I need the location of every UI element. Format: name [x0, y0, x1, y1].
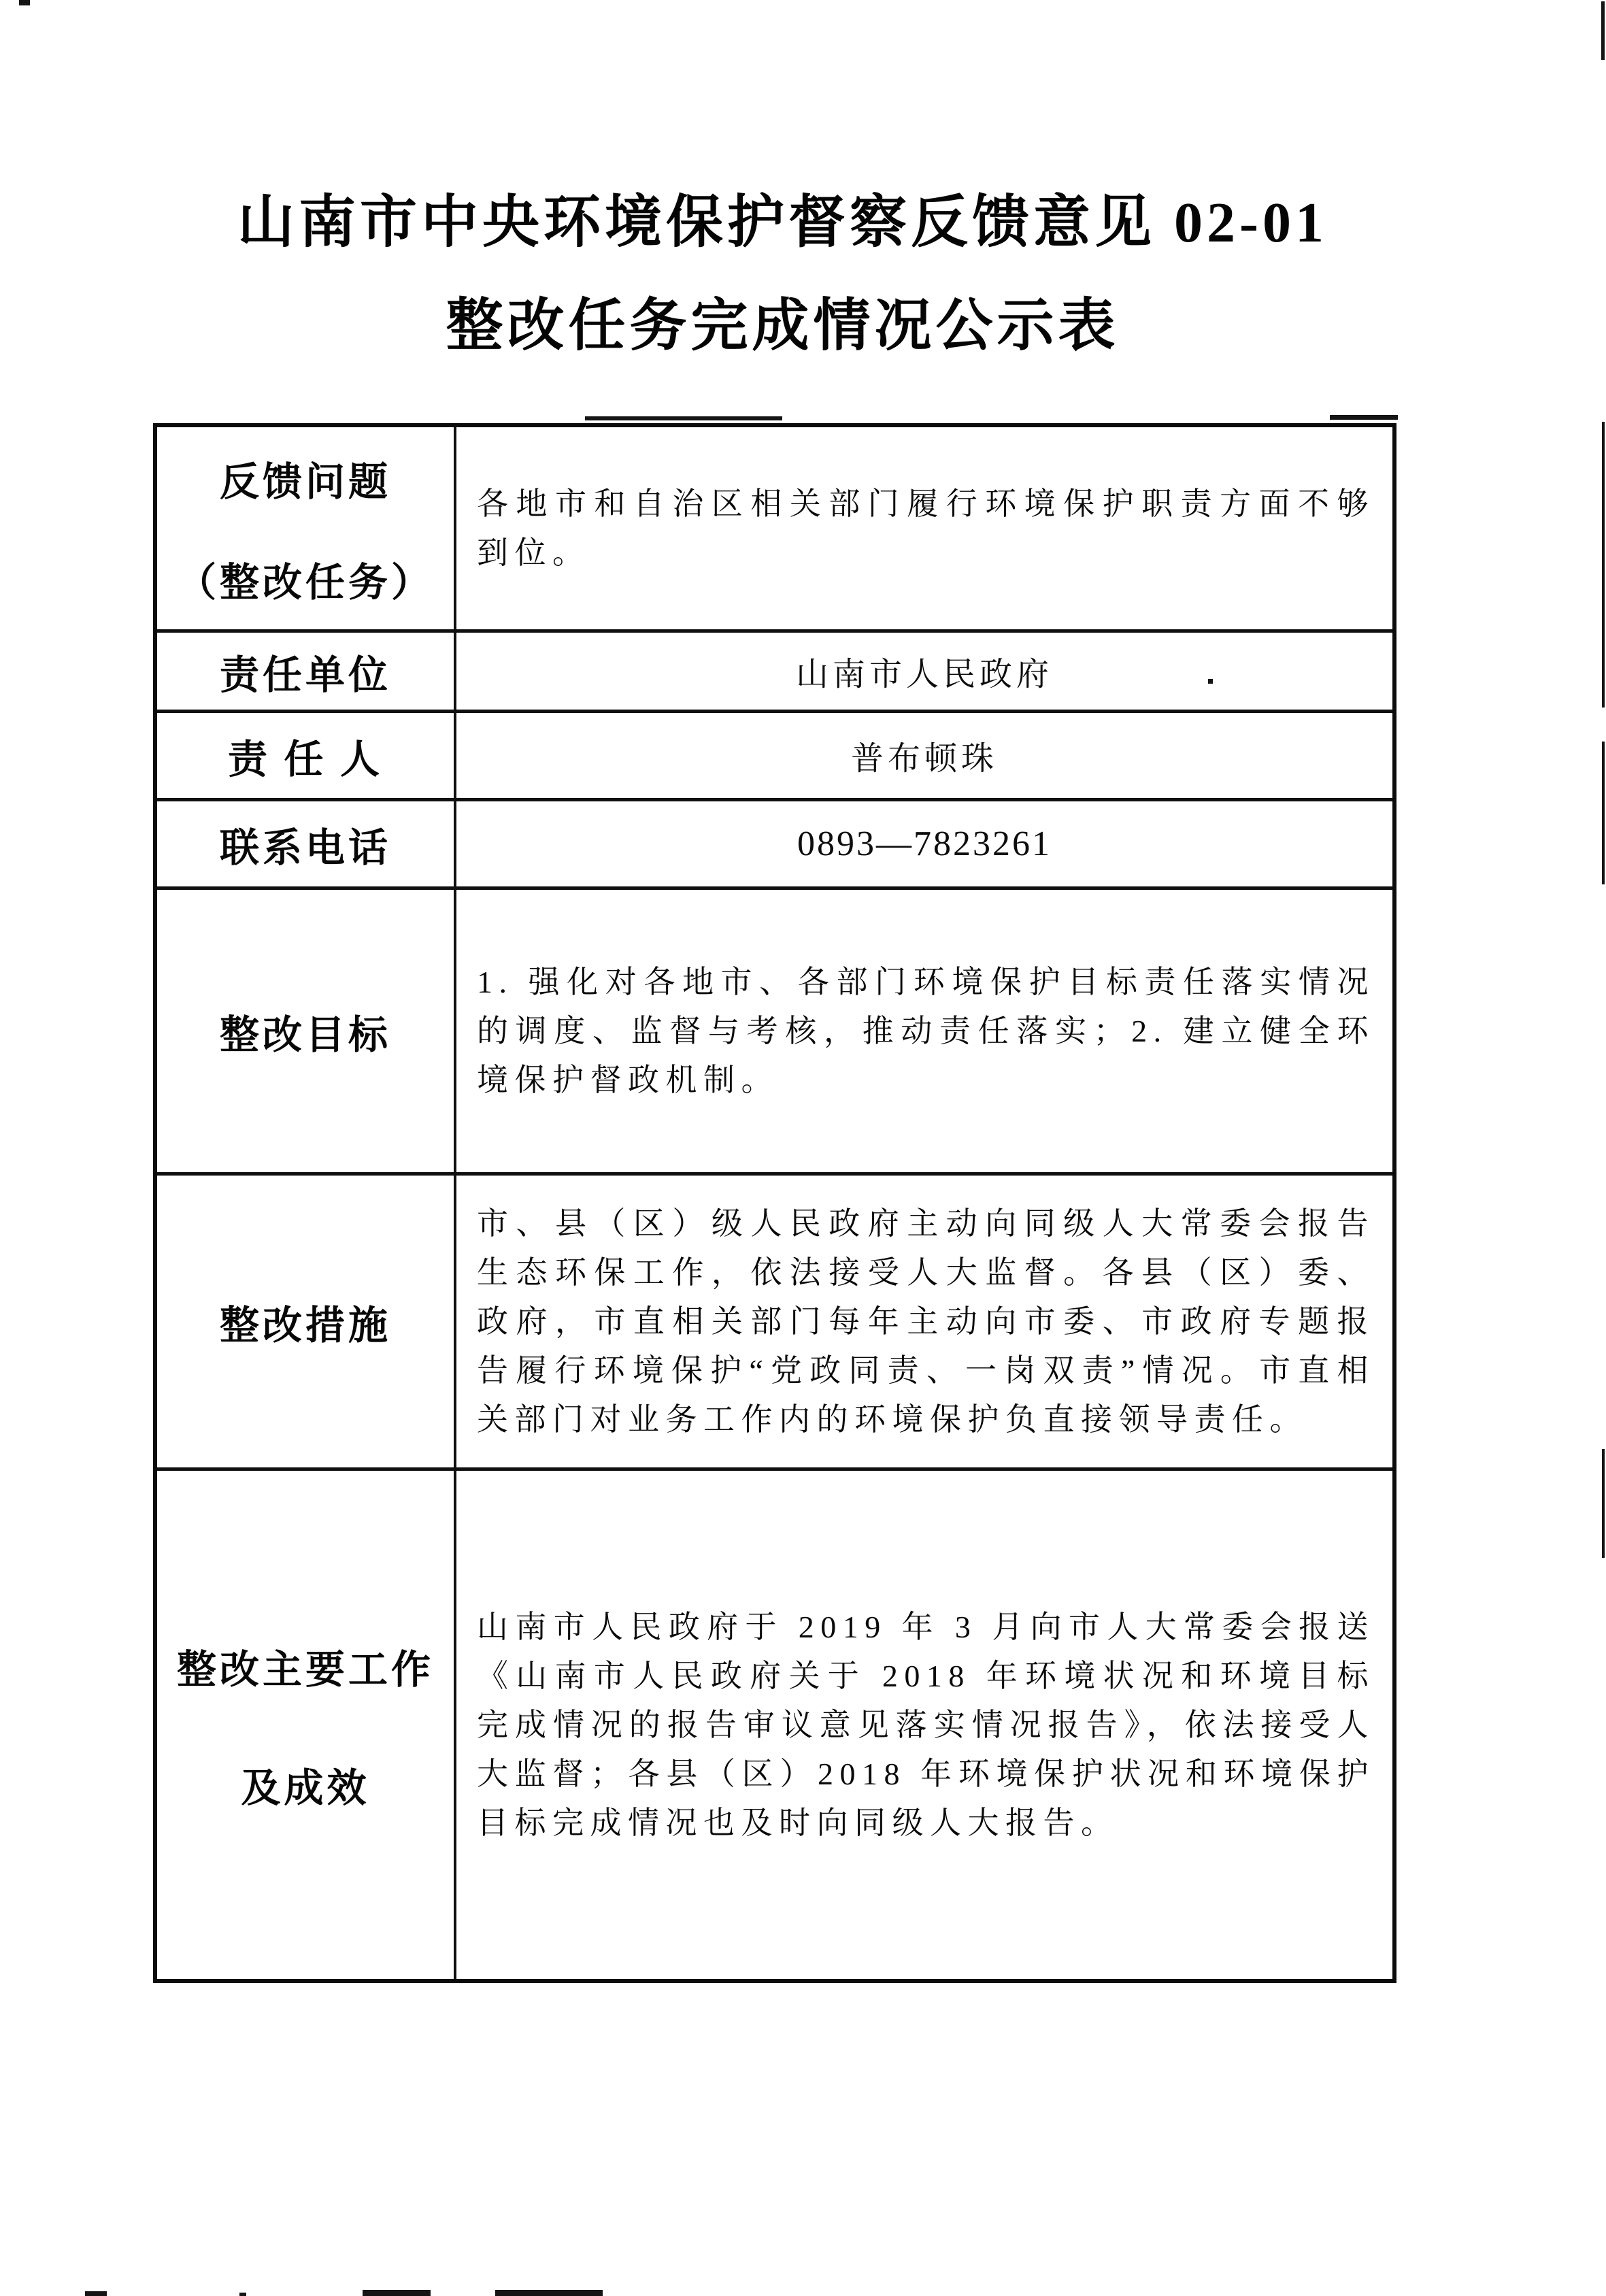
row-content-responsible-unit: 山南市人民政府 [456, 633, 1392, 713]
value-text: 普布顿珠 [851, 732, 998, 779]
scan-artifact-bottom-1 [85, 2291, 107, 2296]
scan-artifact-right-edge-1 [1601, 1, 1605, 60]
scan-artifact-right-edge-4 [1602, 1449, 1605, 1558]
row-content-feedback-problem: 各地市和自治区相关部门履行环境保护职责方面不够到位。 [456, 427, 1392, 633]
label-line: 责 任 人 [228, 727, 383, 784]
scan-artifact-table-top-sliver-2 [1330, 415, 1398, 420]
paragraph: 各地市和自治区相关部门履行环境保护职责方面不够到位。 [456, 480, 1392, 578]
label-line: 整改目标 [220, 1003, 391, 1060]
paragraph: 市、县（区）级人民政府主动向同级人大常委会报告生态环保工作，依法接受人大监督。各… [456, 1199, 1392, 1444]
row-label-feedback-problem: 反馈问题 （整改任务） [157, 427, 456, 633]
row-label-rectification-goal: 整改目标 [157, 890, 456, 1176]
row-content-contact-phone: 0893—7823261 [456, 801, 1392, 890]
scan-artifact-bottom-4 [495, 2290, 603, 2296]
row-label-responsible-person: 责 任 人 [157, 713, 456, 801]
label-line: 及成效 [241, 1756, 369, 1813]
document-title: 山南市中央环境保护督察反馈意见 02-01 整改任务完成情况公示表 [0, 171, 1586, 378]
row-content-main-work-results: 山南市人民政府于 2019 年 3 月向市人大常委会报送《山南市人民政府关于 2… [456, 1471, 1392, 1979]
label-line: 联系电话 [220, 816, 391, 873]
title-line-1: 山南市中央环境保护督察反馈意见 02-01 [0, 171, 1586, 275]
row-content-rectification-goal: 1. 强化对各地市、各部门环境保护目标责任落实情况的调度、监督与考核，推动责任落… [456, 890, 1392, 1176]
paragraph: 山南市人民政府于 2019 年 3 月向市人大常委会报送《山南市人民政府关于 2… [456, 1603, 1392, 1848]
row-label-main-work-results: 整改主要工作 及成效 [157, 1471, 456, 1979]
scan-artifact-right-edge-3 [1602, 742, 1605, 884]
scan-artifact-top-left [19, 0, 30, 5]
row-label-contact-phone: 联系电话 [157, 801, 456, 890]
scan-artifact-stray-dot [1208, 679, 1213, 684]
label-line: 整改措施 [220, 1293, 391, 1350]
paragraph: 1. 强化对各地市、各部门环境保护目标责任落实情况的调度、监督与考核，推动责任落… [456, 958, 1392, 1105]
scanned-notice-page: 山南市中央环境保护督察反馈意见 02-01 整改任务完成情况公示表 反馈问题 （… [0, 0, 1606, 2296]
label-line: 责任单位 [220, 643, 391, 700]
row-label-responsible-unit: 责任单位 [157, 633, 456, 713]
scan-artifact-bottom-2 [239, 2293, 246, 2296]
notice-table: 反馈问题 （整改任务） 各地市和自治区相关部门履行环境保护职责方面不够到位。 责… [153, 423, 1396, 1983]
scan-artifact-right-edge-2 [1602, 422, 1605, 708]
scan-artifact-bottom-3 [363, 2290, 431, 2296]
label-line: （整改任务） [177, 550, 434, 608]
row-content-rectification-measures: 市、县（区）级人民政府主动向同级人大常委会报告生态环保工作，依法接受人大监督。各… [456, 1176, 1392, 1471]
label-line: 反馈问题 [220, 450, 391, 507]
value-text: 山南市人民政府 [796, 648, 1053, 695]
title-line-2: 整改任务完成情况公示表 [0, 275, 1586, 378]
row-content-responsible-person: 普布顿珠 [456, 713, 1392, 801]
label-line: 整改主要工作 [177, 1637, 434, 1695]
row-label-rectification-measures: 整改措施 [157, 1176, 456, 1471]
phone-number: 0893—7823261 [797, 824, 1052, 864]
scan-artifact-table-top-sliver-1 [585, 416, 782, 420]
